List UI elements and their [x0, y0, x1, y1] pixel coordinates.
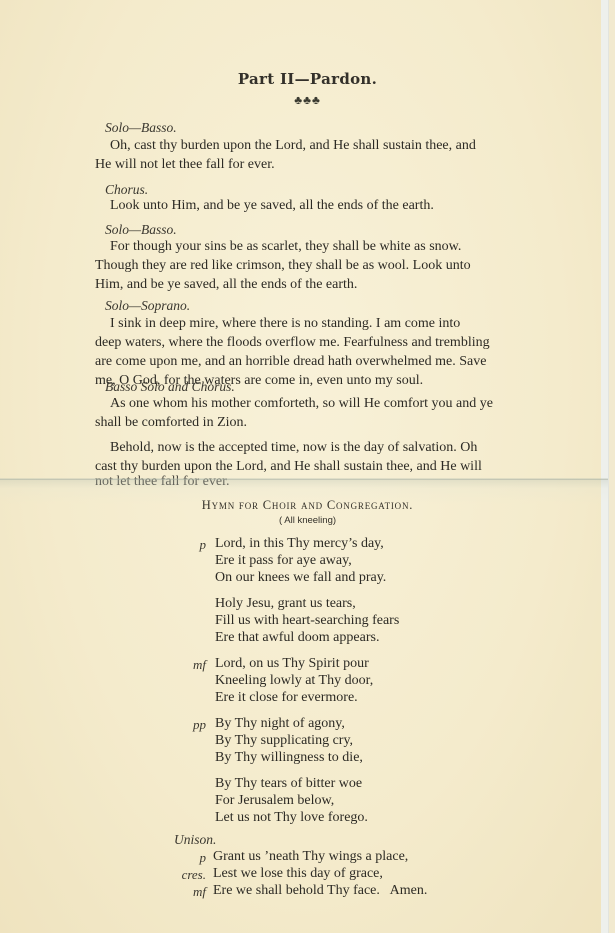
dynamic-marking: p: [166, 850, 206, 866]
section-line: not let thee fall for ever.: [95, 472, 230, 492]
verse-line: Fill us with heart-searching fears: [215, 613, 399, 629]
section-line: I sink in deep mire, where there is no s…: [110, 314, 460, 334]
verse-line: Ere we shall behold Thy face. Amen.: [213, 883, 427, 899]
section-line: He will not let thee fall for ever.: [95, 155, 275, 175]
verse-line: Lord, in this Thy mercy’s day,: [215, 536, 384, 552]
verse-line: Ere that awful doom appears.: [215, 630, 379, 646]
verse-line: Lord, on us Thy Spirit pour: [215, 656, 369, 672]
verse-line: Holy Jesu, grant us tears,: [215, 596, 356, 612]
dynamic-marking: mf: [166, 884, 206, 900]
section-label: Solo—Basso.: [105, 120, 177, 136]
verse-line: By Thy tears of bitter woe: [215, 776, 362, 792]
verse-line: Grant us ’neath Thy wings a place,: [213, 849, 408, 865]
document-page: Part II—Pardon. ♣♣♣ Solo—Basso. Oh, cast…: [0, 0, 609, 933]
unison-label: Unison.: [174, 832, 216, 848]
verse-line: Ere it pass for aye away,: [215, 553, 352, 569]
verse-line: By Thy supplicating cry,: [215, 733, 353, 749]
verse-line: On our knees we fall and pray.: [215, 570, 386, 586]
section-line: Though they are red like crimson, they s…: [95, 256, 471, 276]
dynamic-marking: p: [166, 537, 206, 553]
section-line: Oh, cast thy burden upon the Lord, and H…: [110, 136, 476, 156]
dynamic-marking: mf: [166, 657, 206, 673]
hymn-title: Hymn for Choir and Congregation.: [0, 498, 615, 513]
page-title: Part II—Pardon.: [0, 70, 615, 88]
section-line: Behold, now is the accepted time, now is…: [110, 438, 477, 458]
section-label: Solo—Soprano.: [105, 298, 190, 314]
section-line: Him, and be ye saved, all the ends of th…: [95, 275, 357, 295]
verse-line: By Thy night of agony,: [215, 716, 345, 732]
dynamic-marking: pp: [166, 717, 206, 733]
verse-line: Let us not Thy love forego.: [215, 810, 368, 826]
dynamic-marking: cres.: [166, 867, 206, 883]
section-line: As one whom his mother comforteth, so wi…: [110, 394, 493, 414]
section-line: For though your sins be as scarlet, they…: [110, 237, 461, 257]
hymn-note: ( All kneeling): [0, 515, 615, 526]
section-line: deep waters, where the floods overflow m…: [95, 333, 490, 353]
verse-line: For Jerusalem below,: [215, 793, 334, 809]
paper-edge: [601, 0, 608, 933]
section-label: Solo—Basso.: [105, 222, 177, 238]
paper-fold: [0, 479, 608, 480]
ornament-icon: ♣♣♣: [0, 93, 615, 108]
section-line: shall be comforted in Zion.: [95, 413, 247, 433]
verse-line: Lest we lose this day of grace,: [213, 866, 383, 882]
verse-line: Kneeling lowly at Thy door,: [215, 673, 373, 689]
section-line: Look unto Him, and be ye saved, all the …: [110, 196, 434, 216]
section-label: Basso Solo and Chorus.: [105, 379, 235, 395]
section-line: are come upon me, and an horrible dread …: [95, 352, 486, 372]
verse-line: Ere it close for evermore.: [215, 690, 358, 706]
verse-line: By Thy willingness to die,: [215, 750, 363, 766]
